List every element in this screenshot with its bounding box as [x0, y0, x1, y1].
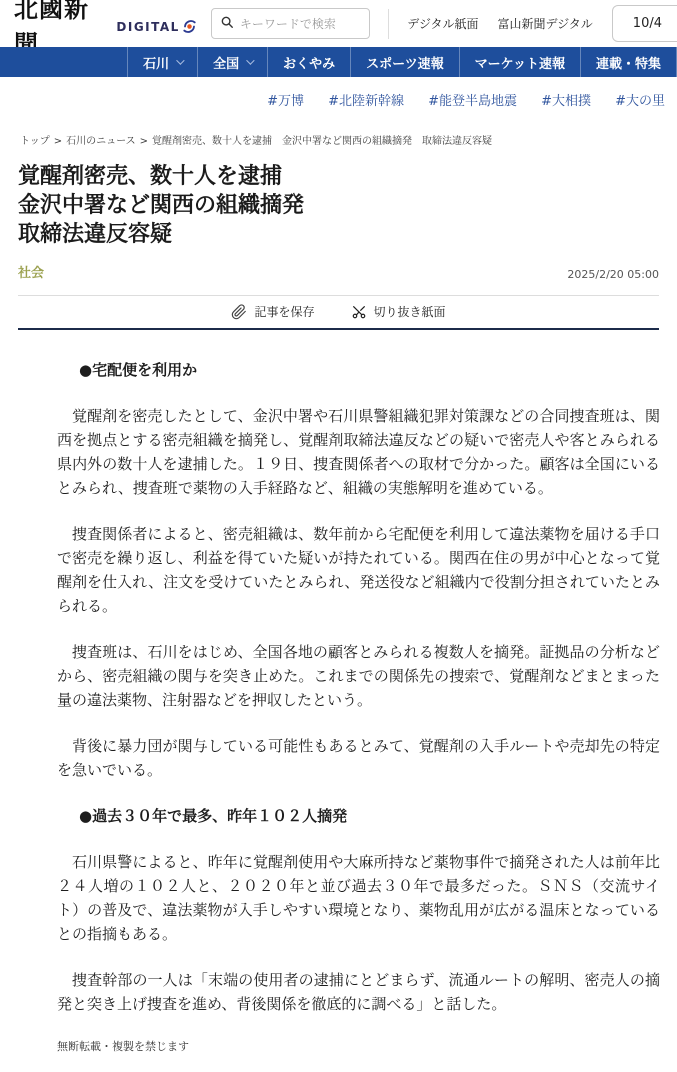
hashtag-ozumo[interactable]: #大相撲	[541, 94, 591, 109]
article-subheading: ●宅配便を利用か	[57, 358, 660, 382]
nav-item-label: おくやみ	[283, 53, 335, 72]
hashtag-banpaku[interactable]: #万博	[267, 94, 304, 109]
date-widget[interactable]: 10/4	[612, 5, 677, 42]
hashtag-row: #万博 #北陸新幹線 #能登半島地震 #大相撲 #大の里	[0, 77, 677, 109]
nav-item-label: 石川	[143, 53, 169, 72]
main-nav: 石川 全国 おくやみ スポーツ速報 マーケット速報 連載・特集	[0, 47, 677, 77]
save-article-label: 記事を保存	[254, 303, 314, 320]
hashtag-onosato[interactable]: #大の里	[615, 94, 665, 109]
search-box[interactable]	[211, 8, 370, 39]
article-toolbar: 記事を保存 切り抜き紙面	[18, 295, 659, 330]
title-line: 覚醒剤密売、数十人を逮捕	[18, 162, 659, 191]
breadcrumb-home[interactable]: トップ	[20, 136, 50, 147]
article-paragraph: 捜査関係者によると、密売組織は、数年前から宅配便を利用して違法薬物を届ける手口で…	[57, 522, 660, 618]
logo-sun-icon	[182, 19, 197, 34]
save-article-button[interactable]: 記事を保存	[231, 303, 314, 320]
hashtag-hokuriku-shinkansen[interactable]: #北陸新幹線	[328, 94, 404, 109]
logo-text: 北國新聞	[14, 0, 109, 47]
article-subheading: ●過去３０年で最多、昨年１０２人摘発	[57, 804, 660, 828]
copyright-note: 無断転載・複製を禁じます	[57, 1038, 660, 1054]
site-logo[interactable]: 北國新聞 DIGITAL	[14, 0, 197, 47]
search-icon	[220, 14, 234, 33]
chevron-down-icon	[246, 56, 254, 64]
clip-paper-label: 切り抜き紙面	[374, 303, 446, 320]
breadcrumb-section[interactable]: 石川のニュース	[66, 136, 136, 147]
hashtag-noto-earthquake[interactable]: #能登半島地震	[428, 94, 517, 109]
nav-item-label: 全国	[213, 53, 239, 72]
logo-digital-text: DIGITAL	[116, 20, 179, 34]
publish-datetime: 2025/2/20 05:00	[567, 268, 659, 281]
site-header: 北國新聞 DIGITAL デジタル紙面 富山新聞デジタル 10/4	[0, 0, 677, 47]
nav-item-market[interactable]: マーケット速報	[459, 47, 580, 77]
header-divider	[388, 9, 389, 39]
article-paragraph: 覚醒剤を密売したとして、金沢中署や石川県警組織犯罪対策課などの合同捜査班は、関西…	[57, 404, 660, 500]
nav-item-ishikawa[interactable]: 石川	[127, 47, 197, 77]
article-meta: 社会 2025/2/20 05:00	[18, 262, 659, 281]
paperclip-icon	[231, 304, 247, 320]
article-paragraph: 捜査班は、石川をはじめ、全国各地の顧客とみられる複数人を摘発。証拠品の分析などか…	[57, 640, 660, 712]
article-paragraph: 捜査幹部の一人は「末端の使用者の逮捕にとどまらず、流通ルートの解明、密売人の摘発…	[57, 968, 660, 1016]
title-line: 取締法違反容疑	[18, 220, 659, 249]
article-paragraph: 背後に暴力団が関与している可能性もあるとみて、覚醒剤の入手ルートや売却先の特定を…	[57, 734, 660, 782]
article: 覚醒剤密売、数十人を逮捕 金沢中署など関西の組織摘発 取締法違反容疑 社会 20…	[0, 162, 677, 1054]
chevron-down-icon	[176, 56, 184, 64]
search-input[interactable]	[240, 17, 361, 31]
breadcrumb-separator: >	[54, 136, 62, 147]
scissors-icon	[351, 304, 367, 320]
nav-item-okuyami[interactable]: おくやみ	[267, 47, 350, 77]
title-line: 金沢中署など関西の組織摘発	[18, 191, 659, 220]
breadcrumb: トップ>石川のニュース>覚醒剤密売、数十人を逮捕 金沢中署など関西の組織摘発 取…	[0, 109, 677, 149]
nav-item-label: マーケット速報	[475, 53, 565, 72]
breadcrumb-separator: >	[140, 136, 148, 147]
page-title: 覚醒剤密売、数十人を逮捕 金沢中署など関西の組織摘発 取締法違反容疑	[18, 162, 659, 249]
nav-item-label: スポーツ速報	[366, 53, 443, 72]
category-label[interactable]: 社会	[18, 262, 44, 281]
nav-item-label: 連載・特集	[596, 53, 661, 72]
article-paragraph: 石川県警によると、昨年に覚醒剤使用や大麻所持など薬物事件で摘発された人は前年比２…	[57, 850, 660, 946]
link-digital-paper[interactable]: デジタル紙面	[407, 15, 478, 32]
article-body: ●宅配便を利用か 覚醒剤を密売したとして、金沢中署や石川県警組織犯罪対策課などの…	[57, 358, 660, 1016]
page: 北國新聞 DIGITAL デジタル紙面 富山新聞デジタル 10/4	[0, 0, 677, 1054]
nav-item-zenkoku[interactable]: 全国	[197, 47, 267, 77]
nav-item-rensai[interactable]: 連載・特集	[580, 47, 677, 77]
nav-item-sports[interactable]: スポーツ速報	[350, 47, 458, 77]
clip-paper-button[interactable]: 切り抜き紙面	[351, 303, 446, 320]
breadcrumb-current: 覚醒剤密売、数十人を逮捕 金沢中署など関西の組織摘発 取締法違反容疑	[152, 136, 492, 147]
link-toyama-digital[interactable]: 富山新聞デジタル	[498, 15, 593, 32]
